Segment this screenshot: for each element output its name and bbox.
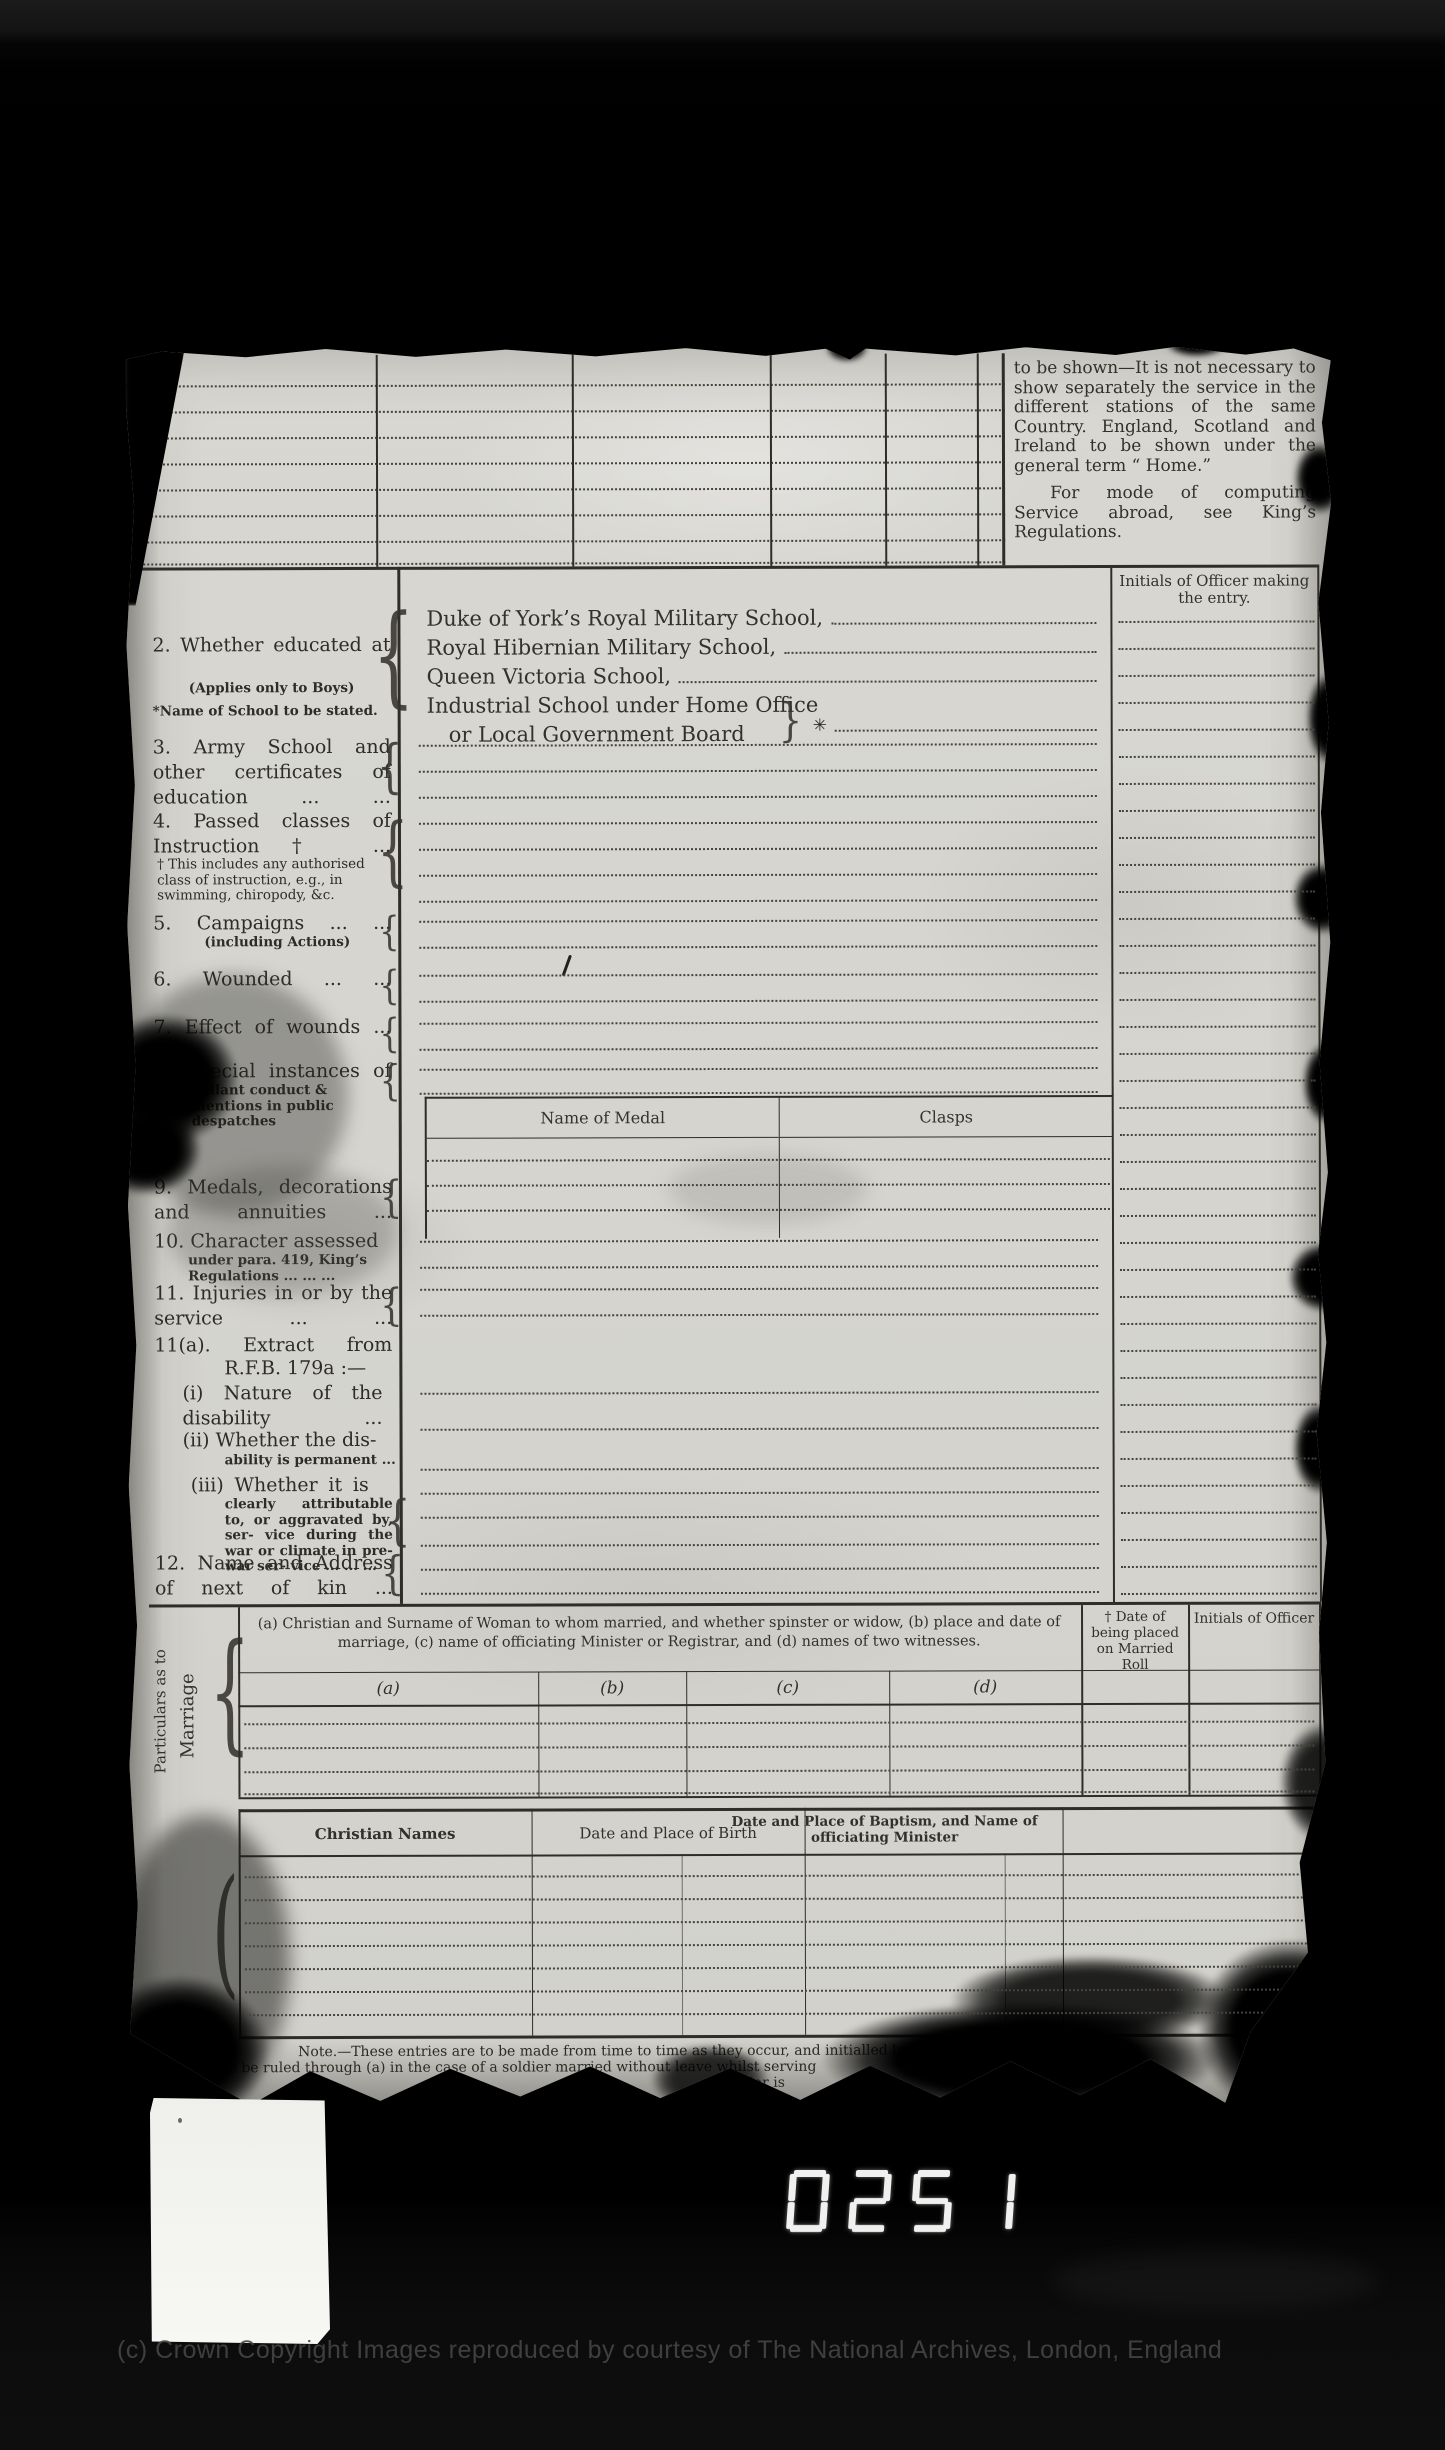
dotted-entry-line [1120,1133,1316,1136]
question-7-brace: { [379,1015,399,1053]
question-2-note2: *Name of School to be stated. [153,704,378,720]
school-list-item: Industrial School under Home Office [427,692,1099,723]
dotted-entry-line [420,1313,1098,1317]
dotted-entry-line [1121,1565,1317,1568]
dotted-entry-line [1118,647,1314,650]
marriage-side-label-1: Particulars as to [151,1631,169,1791]
school-group-brace: } [779,698,803,742]
dotted-entry-line [1119,809,1315,812]
dotted-entry-line [245,1942,1315,1947]
question-11a-ii-main: (ii) Whether the dis- [183,1429,377,1452]
frame-digit [910,2170,954,2232]
dotted-entry-line [1118,620,1314,623]
dotted-entry-line [419,973,1097,977]
scanner-smear [1050,2250,1380,2310]
pen-mark [562,955,572,977]
dotted-entry-line [421,1567,1099,1571]
dotted-entry-line [1119,728,1315,731]
marriage-top-rule [149,1601,1321,1607]
dotted-entry-line [784,651,1096,654]
marriage-header: (a) Christian and Surname of Woman to wh… [249,1613,1069,1653]
dotted-entry-line [1119,836,1315,839]
digit-segment [852,2225,884,2232]
dotted-entry-line [679,680,1097,683]
digit-segment [856,2170,888,2177]
edge-tear [1288,1242,1358,1312]
copyright-line: (c) Crown Copyright Images reproduced by… [117,2336,1377,2365]
marriage-col-initials: Initials of Officer [1192,1610,1316,1626]
marriage-side-label-2: Marriage [177,1645,198,1785]
question-12-label: 12. Name and Address of next of kin ... [155,1551,393,1602]
dotted-entry-line [1119,998,1315,1001]
question-11a-iii-main: (iii) Whether it is [191,1473,369,1498]
edge-tear [1303,1042,1349,1124]
dotted-entry-line [420,1047,1098,1051]
marriage-subcol-b: (b) [538,1678,686,1698]
digit-segment [918,2170,950,2177]
dotted-entry-line [1121,1484,1317,1487]
edge-tear [1166,331,1228,357]
dotted-entry-line [1121,1538,1317,1541]
dotted-entry-line [245,1919,1315,1924]
ink-blob [90,1103,202,1195]
dotted-entry-line [1120,1052,1316,1055]
dotted-entry-line [1120,1106,1316,1109]
question-5-sub: (including Actions) [197,935,357,951]
frame-digit [786,2170,830,2232]
dotted-entry-line [126,461,1005,465]
edge-tear [1279,1722,1369,1842]
dotted-entry-line [126,487,1005,491]
document-paper: to be shown—It is not necessary to show … [126,342,1336,2105]
edge-tear [1292,1402,1346,1494]
question-11a-iii-brace: { [385,1495,411,1547]
dotted-entry-line [1121,1511,1317,1514]
dotted-entry-line [1121,1592,1317,1595]
dotted-entry-line [126,513,1005,517]
school-list-item: Queen Victoria School, [427,663,1099,694]
children-col3-header: Date and Place of Baptism, and Name of o… [720,1813,1050,1846]
dotted-entry-line [420,1265,1098,1269]
children-top-rule [239,1806,1322,1812]
dotted-entry-line [1120,1376,1316,1379]
marriage-initials-divider [1188,1605,1190,1795]
reference-card [150,2098,330,2344]
dotted-entry-line [419,847,1097,851]
school-list-item: or Local Government Board [427,721,1121,752]
digit-segment [790,2225,822,2232]
dotted-entry-line [421,1543,1099,1547]
question-11a-label2: R.F.B. 179a :— [224,1357,366,1379]
digit-segment [854,2198,886,2204]
question-2-note1: (Applies only to Boys) [157,681,387,697]
marriage-col-placed: † Date of being placed on Married Roll [1085,1609,1185,1673]
dotted-entry-line [419,1021,1097,1025]
instructions-para1: to be shown—It is not necessary to show … [1014,358,1316,476]
card-speck [178,2118,182,2123]
dotted-entry-line [1119,971,1315,974]
question-3-brace: { [377,739,403,795]
dotted-entry-line [420,1067,1098,1071]
digit-segment [1005,2202,1014,2229]
dotted-entry-line [420,1287,1098,1291]
frame-digit [972,2170,1016,2232]
dotted-entry-line [419,999,1097,1003]
question-3-label: 3. Army School and other certificates of… [153,735,391,811]
question-11a-label1: 11(a). Extract from [154,1333,392,1359]
asterisk-mark: ✳ [813,716,827,736]
dotted-entry-line [1120,1403,1316,1406]
dotted-entry-line [1120,1268,1316,1271]
dotted-entry-line [1121,1430,1317,1433]
marriage-subcol-c: (c) [686,1678,889,1699]
school-name: Duke of York’s Royal Military School, [426,606,823,631]
question-11a-i: (i) Nature of the disability ... [182,1381,382,1432]
dotted-entry-line [421,1591,1099,1595]
service-entries-table [126,353,1006,567]
dotted-entry-line [1120,1349,1316,1352]
dotted-entry-line [244,1744,1314,1749]
dotted-entry-line [419,795,1097,799]
digit-segment [821,2174,830,2201]
question-4-brace: { [377,815,409,888]
dotted-entry-line [420,1091,1098,1095]
dotted-entry-line [421,1427,1099,1431]
digit-segment [883,2174,892,2201]
dotted-entry-line [1119,863,1315,866]
edge-tear [1292,862,1352,934]
children-right-border [1320,1806,1323,2033]
dotted-entry-line [1119,674,1315,677]
digit-segment [794,2170,826,2177]
dotted-entry-line [1119,1025,1315,1028]
digit-segment [912,2174,921,2201]
edge-tear [826,334,868,362]
school-name: Royal Hibernian Military School, [426,635,776,660]
dotted-entry-line [1120,1322,1316,1325]
dotted-entry-line [1119,917,1315,920]
medal-col-clasps: Clasps [780,1097,1113,1138]
digit-segment [788,2174,797,2201]
dotted-entry-line [1120,1295,1316,1298]
dotted-entry-line [420,1239,1098,1243]
dotted-entry-line [1120,1079,1316,1082]
question-12-brace: { [381,1551,405,1595]
question-4-label: 4. Passed classes of Instruction† ... [153,809,391,860]
frame-digit [848,2170,892,2232]
smudge [168,1165,398,1296]
dotted-entry-line [419,873,1097,877]
marriage-subcol-a: (a) [238,1679,538,1700]
dotted-entry-line [1121,1457,1317,1460]
question-5-label: 5. Campaigns ... ... [153,911,391,937]
question-11-brace: { [380,1285,403,1327]
dotted-entry-line [421,1467,1099,1471]
question-2-brace: { [372,603,414,709]
school-name: or Local Government Board [449,722,745,747]
dotted-entry-line [419,945,1097,949]
question-8-brace: { [380,1061,401,1101]
ink-smudge [668,1154,868,1225]
officer-initials-header: Initials of Officer making the entry. [1114,572,1314,607]
marriage-placed-divider [1081,1605,1083,1795]
dotted-entry-line [420,1391,1098,1395]
question-4-footnote: † This includes any authorised class of … [157,857,379,904]
digit-segment [1007,2174,1016,2201]
children-col1-header: Christian Names [239,1825,532,1844]
dotted-entry-line [126,383,1005,387]
dotted-entry-line [419,919,1097,923]
marriage-bottom-rule [238,1794,1321,1799]
dotted-entry-line [1120,1214,1316,1217]
instructions-note: to be shown—It is not necessary to show … [1014,358,1316,542]
dotted-entry-line [1119,944,1315,947]
dotted-entry-line [419,769,1097,773]
dotted-entry-line [245,1873,1315,1878]
digit-segment [914,2225,946,2232]
dotted-entry-line [1119,782,1315,785]
question-2-label: 2. Whether educated at [152,633,390,659]
dotted-entry-line [1120,1241,1316,1244]
dotted-entry-line [419,899,1097,903]
medal-col-name-of-medal: Name of Medal [427,1098,779,1139]
dotted-entry-line [244,1768,1314,1773]
question-11a-ii-sub: ability is permanent ... [225,1453,396,1469]
school-list-item: Royal Hibernian Military School, [426,634,1098,665]
digit-segment [916,2198,948,2204]
school-name: Queen Victoria School, [427,664,672,689]
dotted-entry-line [126,435,1005,439]
scanner-background: to be shown—It is not necessary to show … [0,0,1445,2450]
edge-tear [1294,442,1346,514]
dotted-entry-line [421,1515,1099,1519]
marriage-subcol-d: (d) [889,1677,1081,1698]
dotted-entry-line [126,539,1005,543]
dotted-entry-line [1119,755,1315,758]
marriage-subheader-rule [238,1702,1321,1707]
dotted-entry-line [1119,701,1315,704]
frame-counter [786,2170,1016,2232]
dotted-entry-line [1120,1160,1316,1163]
dotted-entry-line [1119,890,1315,893]
dotted-entry-line [421,1491,1099,1495]
question-6-brace: { [379,967,399,1005]
school-name: Industrial School under Home Office [427,693,819,718]
dotted-entry-line [419,821,1097,825]
instructions-para2: For mode of computing Service abroad, se… [1014,483,1316,542]
dotted-entry-line [126,409,1005,413]
question-5-brace: { [379,913,399,951]
edge-tear [1307,672,1351,764]
dotted-entry-line [1120,1187,1316,1190]
table-rule [1002,353,1006,565]
school-list-item: Duke of York’s Royal Military School, [426,605,1098,636]
dotted-entry-line [245,1896,1315,1901]
ink-blob [650,2044,770,2114]
dotted-entry-line [831,622,1096,625]
children-header-rule [239,1852,1322,1857]
dotted-entry-line [244,1720,1314,1725]
